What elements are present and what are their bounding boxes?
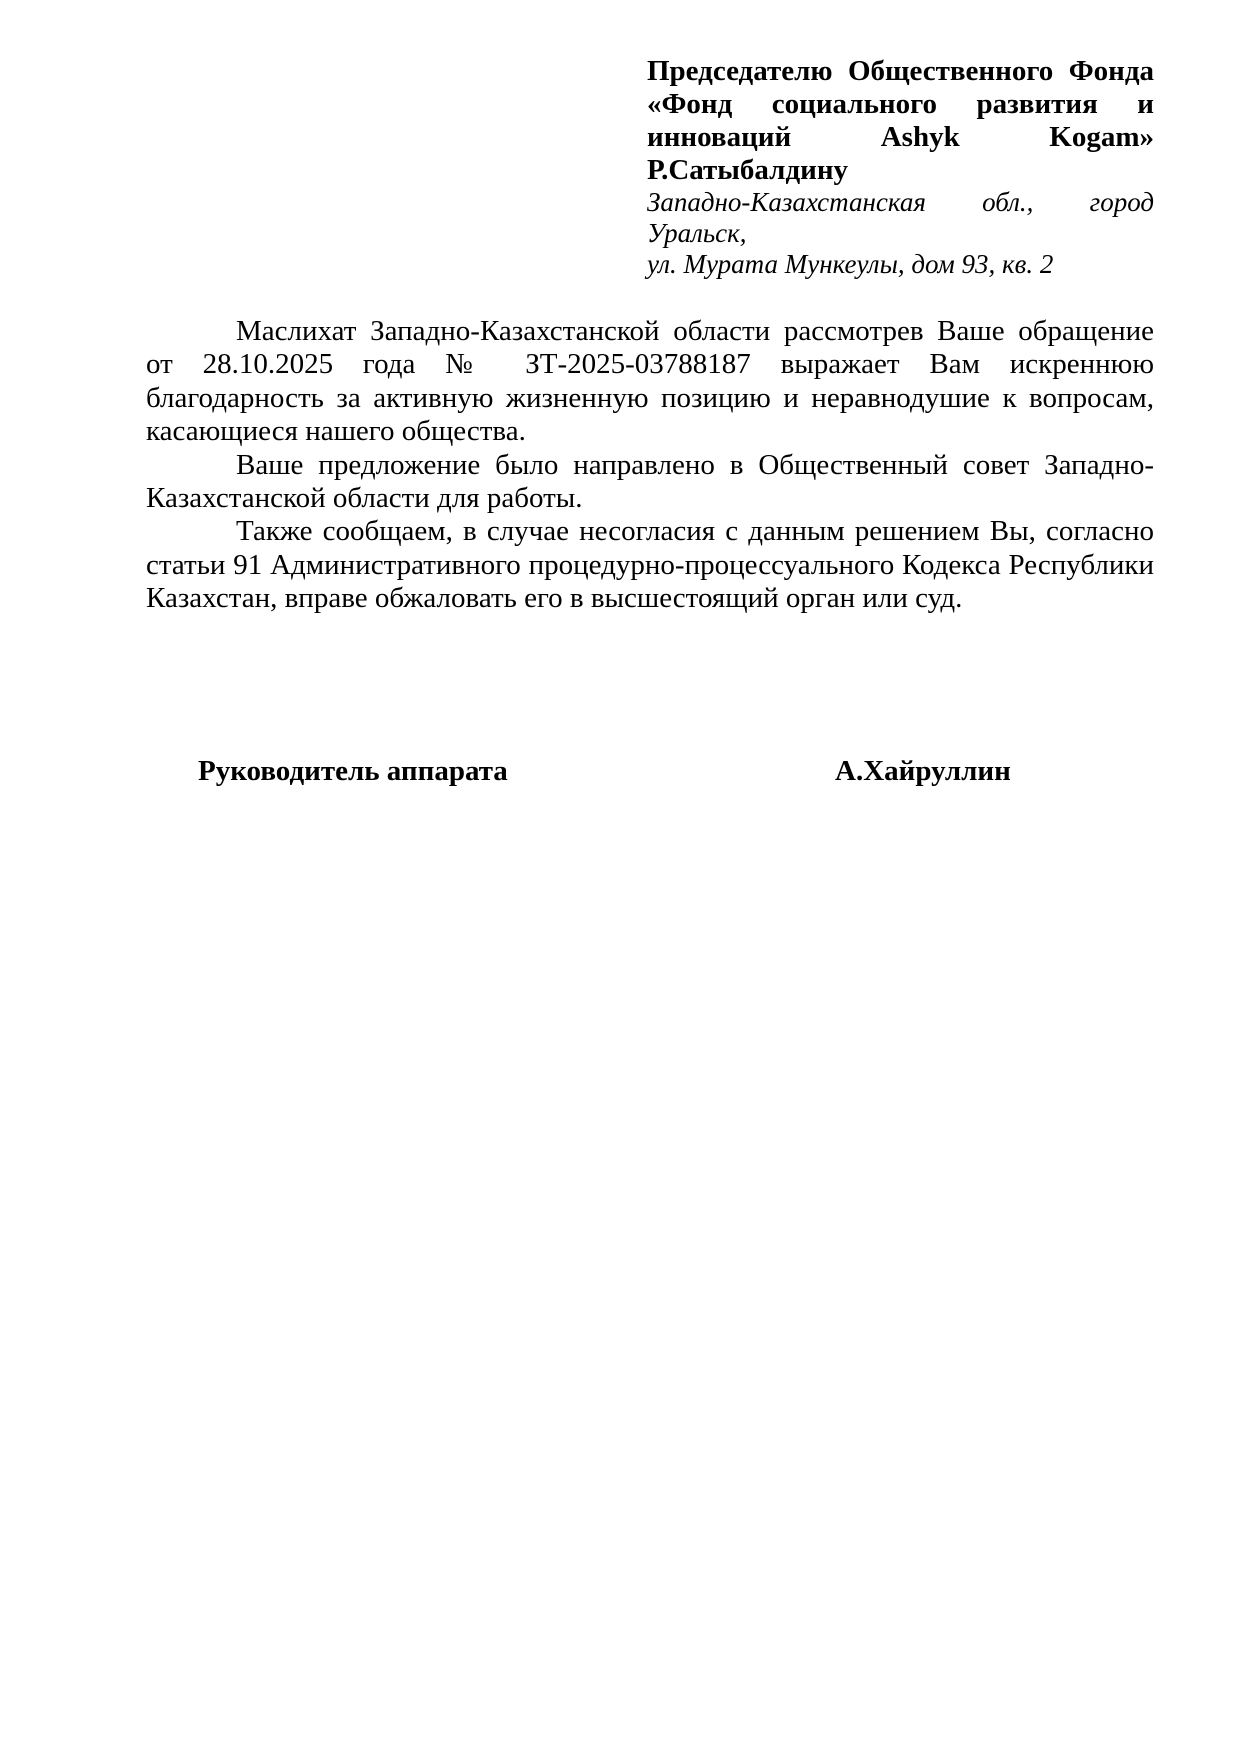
signature-title: Руководитель аппарата bbox=[198, 755, 508, 788]
paragraph-gratitude: Маслихат Западно-Казахстанской области р… bbox=[146, 315, 1154, 449]
signature-name: А.Хайруллин bbox=[835, 755, 1011, 788]
recipient-block: Председателю Общественного Фонда «Фонд с… bbox=[647, 55, 1154, 280]
recipient-address-line: ул. Мурата Мункеулы, дом 93, кв. 2 bbox=[647, 249, 1154, 280]
paragraph-appeal-rights: Также сообщаем, в случае несогласия с да… bbox=[146, 515, 1154, 615]
recipient-address-line: Западно-Казахстанская обл., город Уральс… bbox=[647, 187, 1154, 249]
recipient-line: Председателю Общественного Фонда bbox=[647, 55, 1154, 88]
signature-row: Руководитель аппарата А.Хайруллин bbox=[146, 755, 1154, 789]
letter-page: Председателю Общественного Фонда «Фонд с… bbox=[0, 0, 1241, 1755]
recipient-line: инноваций Ashyk Kogam» bbox=[647, 121, 1154, 154]
paragraph-forwarded: Ваше предложение было направлено в Общес… bbox=[146, 449, 1154, 516]
letter-body: Маслихат Западно-Казахстанской области р… bbox=[146, 315, 1154, 616]
recipient-name: Р.Сатыбалдину bbox=[647, 154, 1154, 187]
recipient-line: «Фонд социального развития и bbox=[647, 88, 1154, 121]
